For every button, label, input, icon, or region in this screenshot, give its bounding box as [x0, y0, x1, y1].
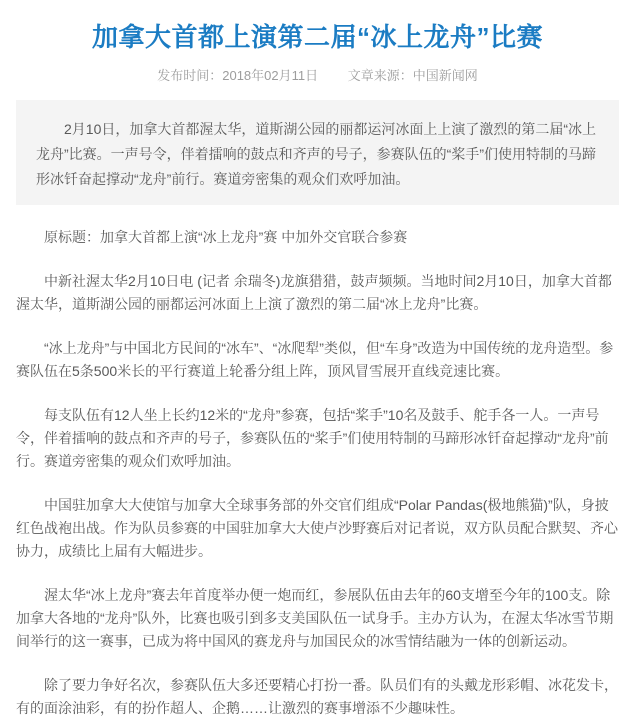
article-body: 原标题：加拿大首都上演“冰上龙舟”赛 中加外交官联合参赛 中新社渥太华2月10日…: [16, 226, 619, 718]
article-summary-box: 2月10日，加拿大首都渥太华，道斯湖公园的丽都运河冰面上上演了激烈的第二届“冰上…: [16, 100, 619, 205]
publish-time-label: 发布时间：2018年02月11日: [157, 68, 318, 83]
article-paragraph: 中新社渥太华2月10日电 (记者 余瑞冬)龙旗猎猎，鼓声频频。当地时间2月10日…: [16, 270, 619, 316]
article-paragraph: 除了要力争好名次，参赛队伍大多还要精心打扮一番。队员们有的头戴龙形彩帽、冰花发卡…: [16, 674, 619, 718]
article-paragraph: 原标题：加拿大首都上演“冰上龙舟”赛 中加外交官联合参赛: [16, 226, 619, 249]
article-page: 加拿大首都上演第二届“冰上龙舟”比赛 发布时间：2018年02月11日 文章来源…: [0, 0, 635, 718]
article-paragraph: “冰上龙舟”与中国北方民间的“冰车”、“冰爬犁”类似，但“车身”改造为中国传统的…: [16, 337, 619, 383]
article-paragraph: 每支队伍有12人坐上长约12米的“龙舟”参赛，包括“桨手”10名及鼓手、舵手各一…: [16, 404, 619, 473]
page-title: 加拿大首都上演第二届“冰上龙舟”比赛: [16, 20, 619, 54]
article-paragraph: 中国驻加拿大大使馆与加拿大全球事务部的外交官们组成“Polar Pandas(极…: [16, 494, 619, 563]
article-meta: 发布时间：2018年02月11日 文章来源：中国新闻网: [16, 67, 619, 84]
article-source-label: 文章来源：中国新闻网: [348, 68, 478, 83]
article-paragraph: 渥太华“冰上龙舟”赛去年首度举办便一炮而红，参展队伍由去年的60支增至今年的10…: [16, 584, 619, 653]
